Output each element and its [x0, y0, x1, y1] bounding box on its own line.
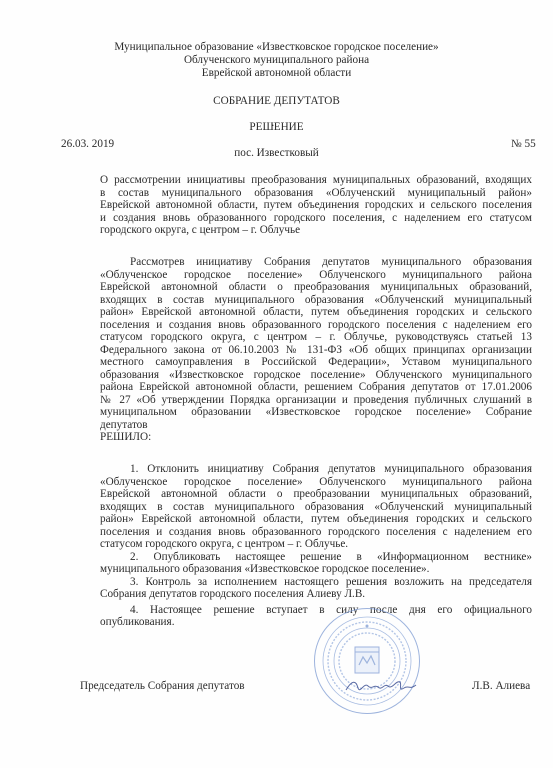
preamble-line: район» Еврейской автономной области, пут… — [100, 306, 532, 319]
item-1-line: поселения и создания вновь образованного… — [100, 526, 532, 539]
item-3-line: 3. Контроль за исполнением настоящего ре… — [100, 576, 532, 589]
preamble-line: образования «Известковское городское пос… — [100, 369, 532, 382]
document-page: Муниципальное образование «Известковское… — [0, 0, 553, 768]
item-1-line: «Облученское городское поселение» Облуче… — [100, 476, 532, 489]
preamble-line: статусом городского округа, с центром – … — [100, 331, 532, 344]
preamble-line: района Еврейской автономной области, реш… — [100, 381, 532, 394]
title-line: городского округа, с центром – г. Облучь… — [100, 224, 532, 237]
doc-type: РЕШЕНИЕ — [0, 121, 553, 134]
item-2-line: 2. Опубликовать настоящее решение в «Инф… — [100, 551, 532, 564]
stamp-ring-icon — [315, 609, 419, 713]
preamble-line: входящих в состав муниципального образов… — [100, 294, 532, 307]
official-stamp — [314, 608, 420, 714]
org-name-line3: Еврейской автономной области — [0, 67, 553, 80]
preamble-line: местного самоуправления в Российской Фед… — [100, 356, 532, 369]
item-2-line: муниципального образования «Известковско… — [100, 563, 532, 576]
title-line: и создания вновь образованного городског… — [100, 212, 532, 225]
item-1-line: 1. Отклонить инициативу Собрания депутат… — [100, 463, 532, 476]
title-line: О рассмотрении инициативы преобразования… — [100, 174, 532, 187]
preamble-line: Федерального закона от 06.10.2003 № 131-… — [100, 344, 532, 357]
org-name-line2: Облученского муниципального района — [0, 54, 553, 67]
preamble-line: муниципальном образовании «Известковское… — [100, 406, 532, 419]
preamble-line: Еврейской автономной области о преобразо… — [100, 281, 532, 294]
title-line: в состав муниципального образования «Обл… — [100, 187, 532, 200]
title-line: Еврейской автономной области, путем объе… — [100, 199, 532, 212]
org-name-line1: Муниципальное образование «Известковское… — [0, 41, 553, 54]
signature-position: Председатель Собрания депутатов — [80, 680, 245, 693]
preamble-line: поселения и создания вновь образованного… — [100, 319, 532, 332]
item-1-line: входящих в состав муниципального образов… — [100, 501, 532, 514]
resolved-label: РЕШИЛО: — [100, 431, 532, 444]
item-1-line: район» Еврейской автономной области, пут… — [100, 513, 532, 526]
preamble-line: депутатов — [100, 419, 532, 432]
signature-name: Л.В. Алиева — [472, 680, 530, 693]
doc-place: пос. Известковый — [0, 147, 553, 160]
preamble-line: «Облученское городское поселение» Облуче… — [100, 269, 532, 282]
item-3-line: Собрания депутатов городского поселения … — [100, 588, 532, 601]
preamble-line: № 27 «Об утверждении Порядка организации… — [100, 394, 532, 407]
preamble-line: Рассмотрев инициативу Собрания депутатов… — [100, 256, 532, 269]
item-1-line: статусом городского округа, с центром – … — [100, 538, 532, 551]
preamble: Рассмотрев инициативу Собрания депутатов… — [100, 256, 532, 444]
signature-icon — [344, 676, 419, 696]
item-1-line: Еврейской автономной области о преобразо… — [100, 488, 532, 501]
body-name: СОБРАНИЕ ДЕПУТАТОВ — [0, 95, 553, 108]
doc-title: О рассмотрении инициативы преобразования… — [100, 174, 532, 237]
resolution-items: 1. Отклонить инициативу Собрания депутат… — [100, 463, 532, 629]
